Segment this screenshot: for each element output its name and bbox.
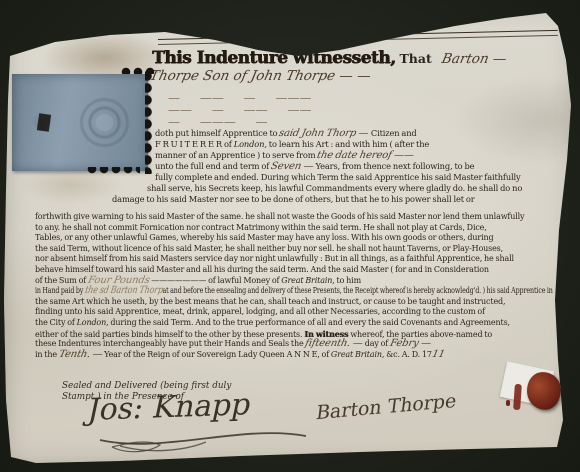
printed-text: manner of an Apprentice ) to serve from [155, 150, 317, 160]
handwritten-text: 11 [431, 350, 446, 361]
printed-text: Great Britain, [281, 276, 336, 285]
handwritten-text: fifteenth. — [304, 339, 364, 350]
printed-text: in Hand paid by [35, 286, 85, 295]
handwritten-apprentice-name: Barton — [430, 51, 508, 67]
body-line: damage to his said Master nor see to be … [112, 194, 553, 205]
signature-flourish [92, 420, 322, 454]
body-line: to any. he shall not commit Fornication … [35, 223, 553, 234]
printed-text: forthwith give warning to his said Maste… [35, 212, 524, 221]
printed-text: Great Britain, [331, 350, 386, 359]
printed-text: Citizen and [369, 128, 417, 138]
stamp-cancellation-mark [37, 113, 51, 132]
party-signature: Barton Thorpe [315, 390, 458, 425]
printed-text: damage to his said Master nor see to be … [112, 194, 475, 204]
body-line: the City of London, during the said Term… [35, 318, 553, 329]
stamp-scalloped-edge [86, 167, 140, 177]
body-text-full-width: forthwith give warning to his said Maste… [35, 212, 553, 360]
wax-seal-speck [506, 400, 510, 406]
printed-text: fully complete and ended. During which T… [155, 172, 521, 182]
printed-text: London, [234, 139, 269, 149]
body-line: the said Term, without licence of his sa… [35, 244, 553, 255]
stamp-scalloped-edge [120, 64, 158, 74]
body-line: fully complete and ended. During which T… [155, 172, 553, 183]
handwritten-text: said John Thorp — [278, 128, 370, 139]
printed-text: doth put himself Apprentice to [155, 128, 279, 138]
printed-text: Tables, or any other unlawful Games, whe… [35, 233, 493, 242]
printed-text: day of [363, 339, 390, 348]
document-heading: This Indenture witnesseth,ThatBarton — [152, 48, 556, 68]
header-rule [158, 30, 558, 45]
printed-text: &c. A. D. 17 [386, 350, 432, 359]
printed-text: in the [35, 350, 59, 359]
body-line: either of the said parties binds himself… [35, 329, 553, 340]
printed-text: the same Art which he useth, by the best… [35, 297, 505, 306]
document-title: This Indenture witnesseth, [152, 48, 395, 68]
body-line: Tables, or any other unlawful Games, whe… [35, 233, 553, 244]
printed-text: the said Term, without licence of his sa… [35, 244, 503, 253]
printed-text: shall serve, his Secrets keep, his lawfu… [147, 183, 522, 193]
handwritten-text: Tenth. — [58, 350, 104, 361]
printed-text: either of the said parties binds himself… [35, 330, 304, 339]
printed-text: F R U I T E R E R of [155, 139, 234, 149]
printed-text: Years, from thence next following, to be [314, 161, 475, 171]
printed-text: behave himself toward his said Master an… [35, 265, 489, 274]
printed-text: of the Sum of [35, 276, 88, 285]
printed-text: finding unto his said Apprentice, meat, … [35, 307, 485, 316]
printed-text: London, [77, 318, 111, 327]
printed-text: at and before the ensealing and delivery… [162, 286, 552, 295]
pen-flourish-row: — ——— — [168, 116, 554, 128]
body-line: in the Tenth. — Year of the Reign of our… [35, 350, 553, 361]
body-line: in Hand paid by the sd Barton Thorp at a… [35, 286, 446, 297]
handwritten-text: the sd Barton Thorp [84, 286, 164, 297]
printed-text: these Indentures interchangeably have pu… [35, 339, 305, 348]
body-line: shall serve, his Secrets keep, his lawfu… [147, 183, 553, 194]
body-line: manner of an Apprentice ) to serve from … [155, 150, 553, 161]
revenue-stamp [12, 74, 148, 171]
body-line: behave himself toward his said Master an… [35, 265, 553, 276]
body-line: unto the full end and term of Seven — Ye… [155, 161, 553, 172]
body-line: nor absent himself from his said Masters… [35, 254, 553, 265]
body-line: the same Art which he useth, by the best… [35, 297, 553, 308]
printed-text: nor absent himself from his said Masters… [35, 254, 514, 263]
handwritten-apprentice-line: Thorpe Son of John Thorpe — — [148, 68, 559, 84]
printed-text: unto the full end and term of [155, 161, 271, 171]
printed-text: the City of [35, 318, 77, 327]
docket-note: No. Cost [247, 23, 308, 42]
printed-text: during the said Term. And to the true pe… [110, 318, 510, 327]
body-line: forthwith give warning to his said Maste… [35, 212, 553, 223]
printed-text: ——————— of lawful Money of [149, 276, 281, 285]
printed-text: to learn his Art : and with him ( after … [269, 139, 429, 149]
body-text-indented: doth put himself Apprentice to said John… [155, 128, 553, 205]
heading-that: That [395, 51, 431, 66]
printed-text: to any. he shall not commit Fornication … [35, 223, 487, 232]
body-line: finding unto his said Apprentice, meat, … [35, 307, 553, 318]
printed-text: Year of the Reign of our Sovereign Lady … [102, 350, 331, 359]
handwritten-text: Seven — [270, 161, 315, 172]
handwritten-text: the date hereof —— [316, 150, 415, 161]
body-line: F R U I T E R E R of London, to learn hi… [155, 139, 553, 150]
indenture-document: No. Cost This Indenture witnesseth,ThatB… [0, 0, 580, 472]
body-line: these Indentures interchangeably have pu… [35, 339, 553, 350]
printed-text: to him [337, 276, 361, 285]
body-line: doth put himself Apprentice to said John… [155, 128, 553, 139]
wax-seal-streak [513, 384, 522, 410]
handwritten-text: Febry — [389, 339, 432, 350]
photo-background: No. Cost This Indenture witnesseth,ThatB… [0, 0, 580, 472]
pen-flourishes: — —— — ————— — —— ——— ——— — [168, 92, 554, 128]
